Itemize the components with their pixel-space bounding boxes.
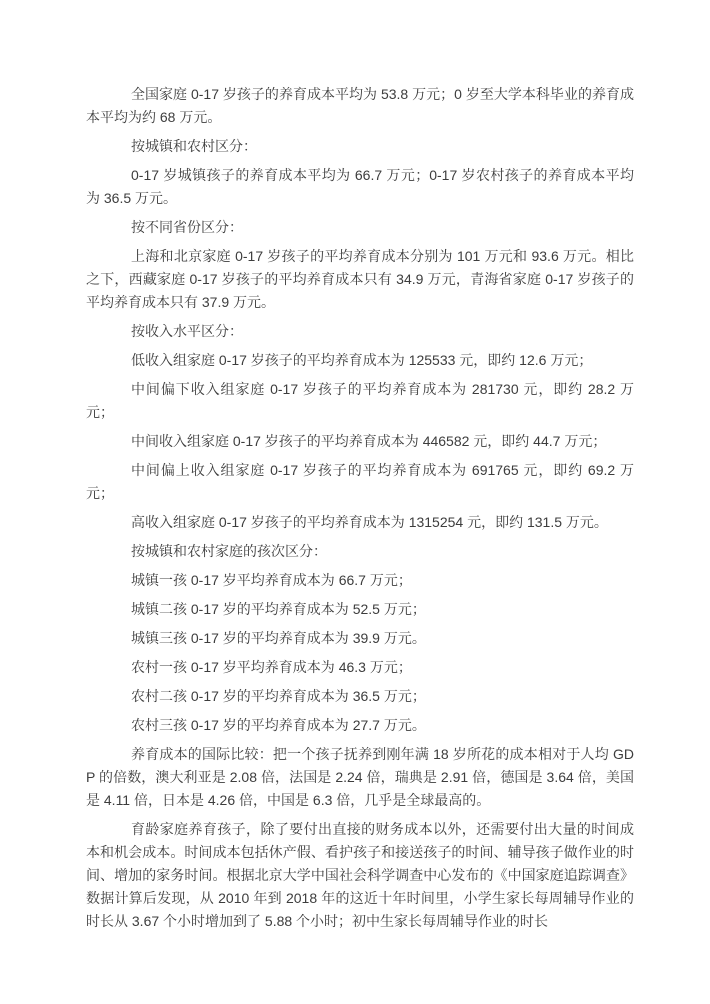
paragraph: 中间偏上收入组家庭 0-17 岁孩子的平均养育成本为 691765 元，即约 6… <box>86 459 634 505</box>
paragraph: 农村三孩 0-17 岁的平均养育成本为 27.7 万元。 <box>86 714 634 737</box>
paragraph: 城镇一孩 0-17 岁平均养育成本为 66.7 万元； <box>86 569 634 592</box>
paragraph: 按不同省份区分： <box>86 216 634 239</box>
paragraph: 农村一孩 0-17 岁平均养育成本为 46.3 万元； <box>86 656 634 679</box>
paragraph: 城镇二孩 0-17 岁的平均养育成本为 52.5 万元； <box>86 598 634 621</box>
paragraph: 高收入组家庭 0-17 岁孩子的平均养育成本为 1315254 元，即约 131… <box>86 511 634 534</box>
paragraph: 全国家庭 0-17 岁孩子的养育成本平均为 53.8 万元；0 岁至大学本科毕业… <box>86 83 634 129</box>
paragraph: 0-17 岁城镇孩子的养育成本平均为 66.7 万元；0-17 岁农村孩子的养育… <box>86 164 634 210</box>
paragraph: 按城镇和农村家庭的孩次区分： <box>86 540 634 563</box>
paragraph: 中间收入组家庭 0-17 岁孩子的平均养育成本为 446582 元，即约 44.… <box>86 430 634 453</box>
paragraph: 育龄家庭养育孩子，除了要付出直接的财务成本以外，还需要付出大量的时间成本和机会成… <box>86 818 634 933</box>
paragraph: 农村二孩 0-17 岁的平均养育成本为 36.5 万元； <box>86 685 634 708</box>
paragraph: 城镇三孩 0-17 岁的平均养育成本为 39.9 万元。 <box>86 627 634 650</box>
paragraph: 按城镇和农村区分： <box>86 135 634 158</box>
paragraph: 养育成本的国际比较：把一个孩子抚养到刚年满 18 岁所花的成本相对于人均 GDP… <box>86 743 634 812</box>
document-page: 全国家庭 0-17 岁孩子的养育成本平均为 53.8 万元；0 岁至大学本科毕业… <box>0 0 710 1004</box>
paragraph: 低收入组家庭 0-17 岁孩子的平均养育成本为 125533 元，即约 12.6… <box>86 349 634 372</box>
paragraph: 按收入水平区分： <box>86 320 634 343</box>
paragraph: 上海和北京家庭 0-17 岁孩子的平均养育成本分别为 101 万元和 93.6 … <box>86 245 634 314</box>
document-body: 全国家庭 0-17 岁孩子的养育成本平均为 53.8 万元；0 岁至大学本科毕业… <box>86 83 634 933</box>
paragraph: 中间偏下收入组家庭 0-17 岁孩子的平均养育成本为 281730 元，即约 2… <box>86 378 634 424</box>
